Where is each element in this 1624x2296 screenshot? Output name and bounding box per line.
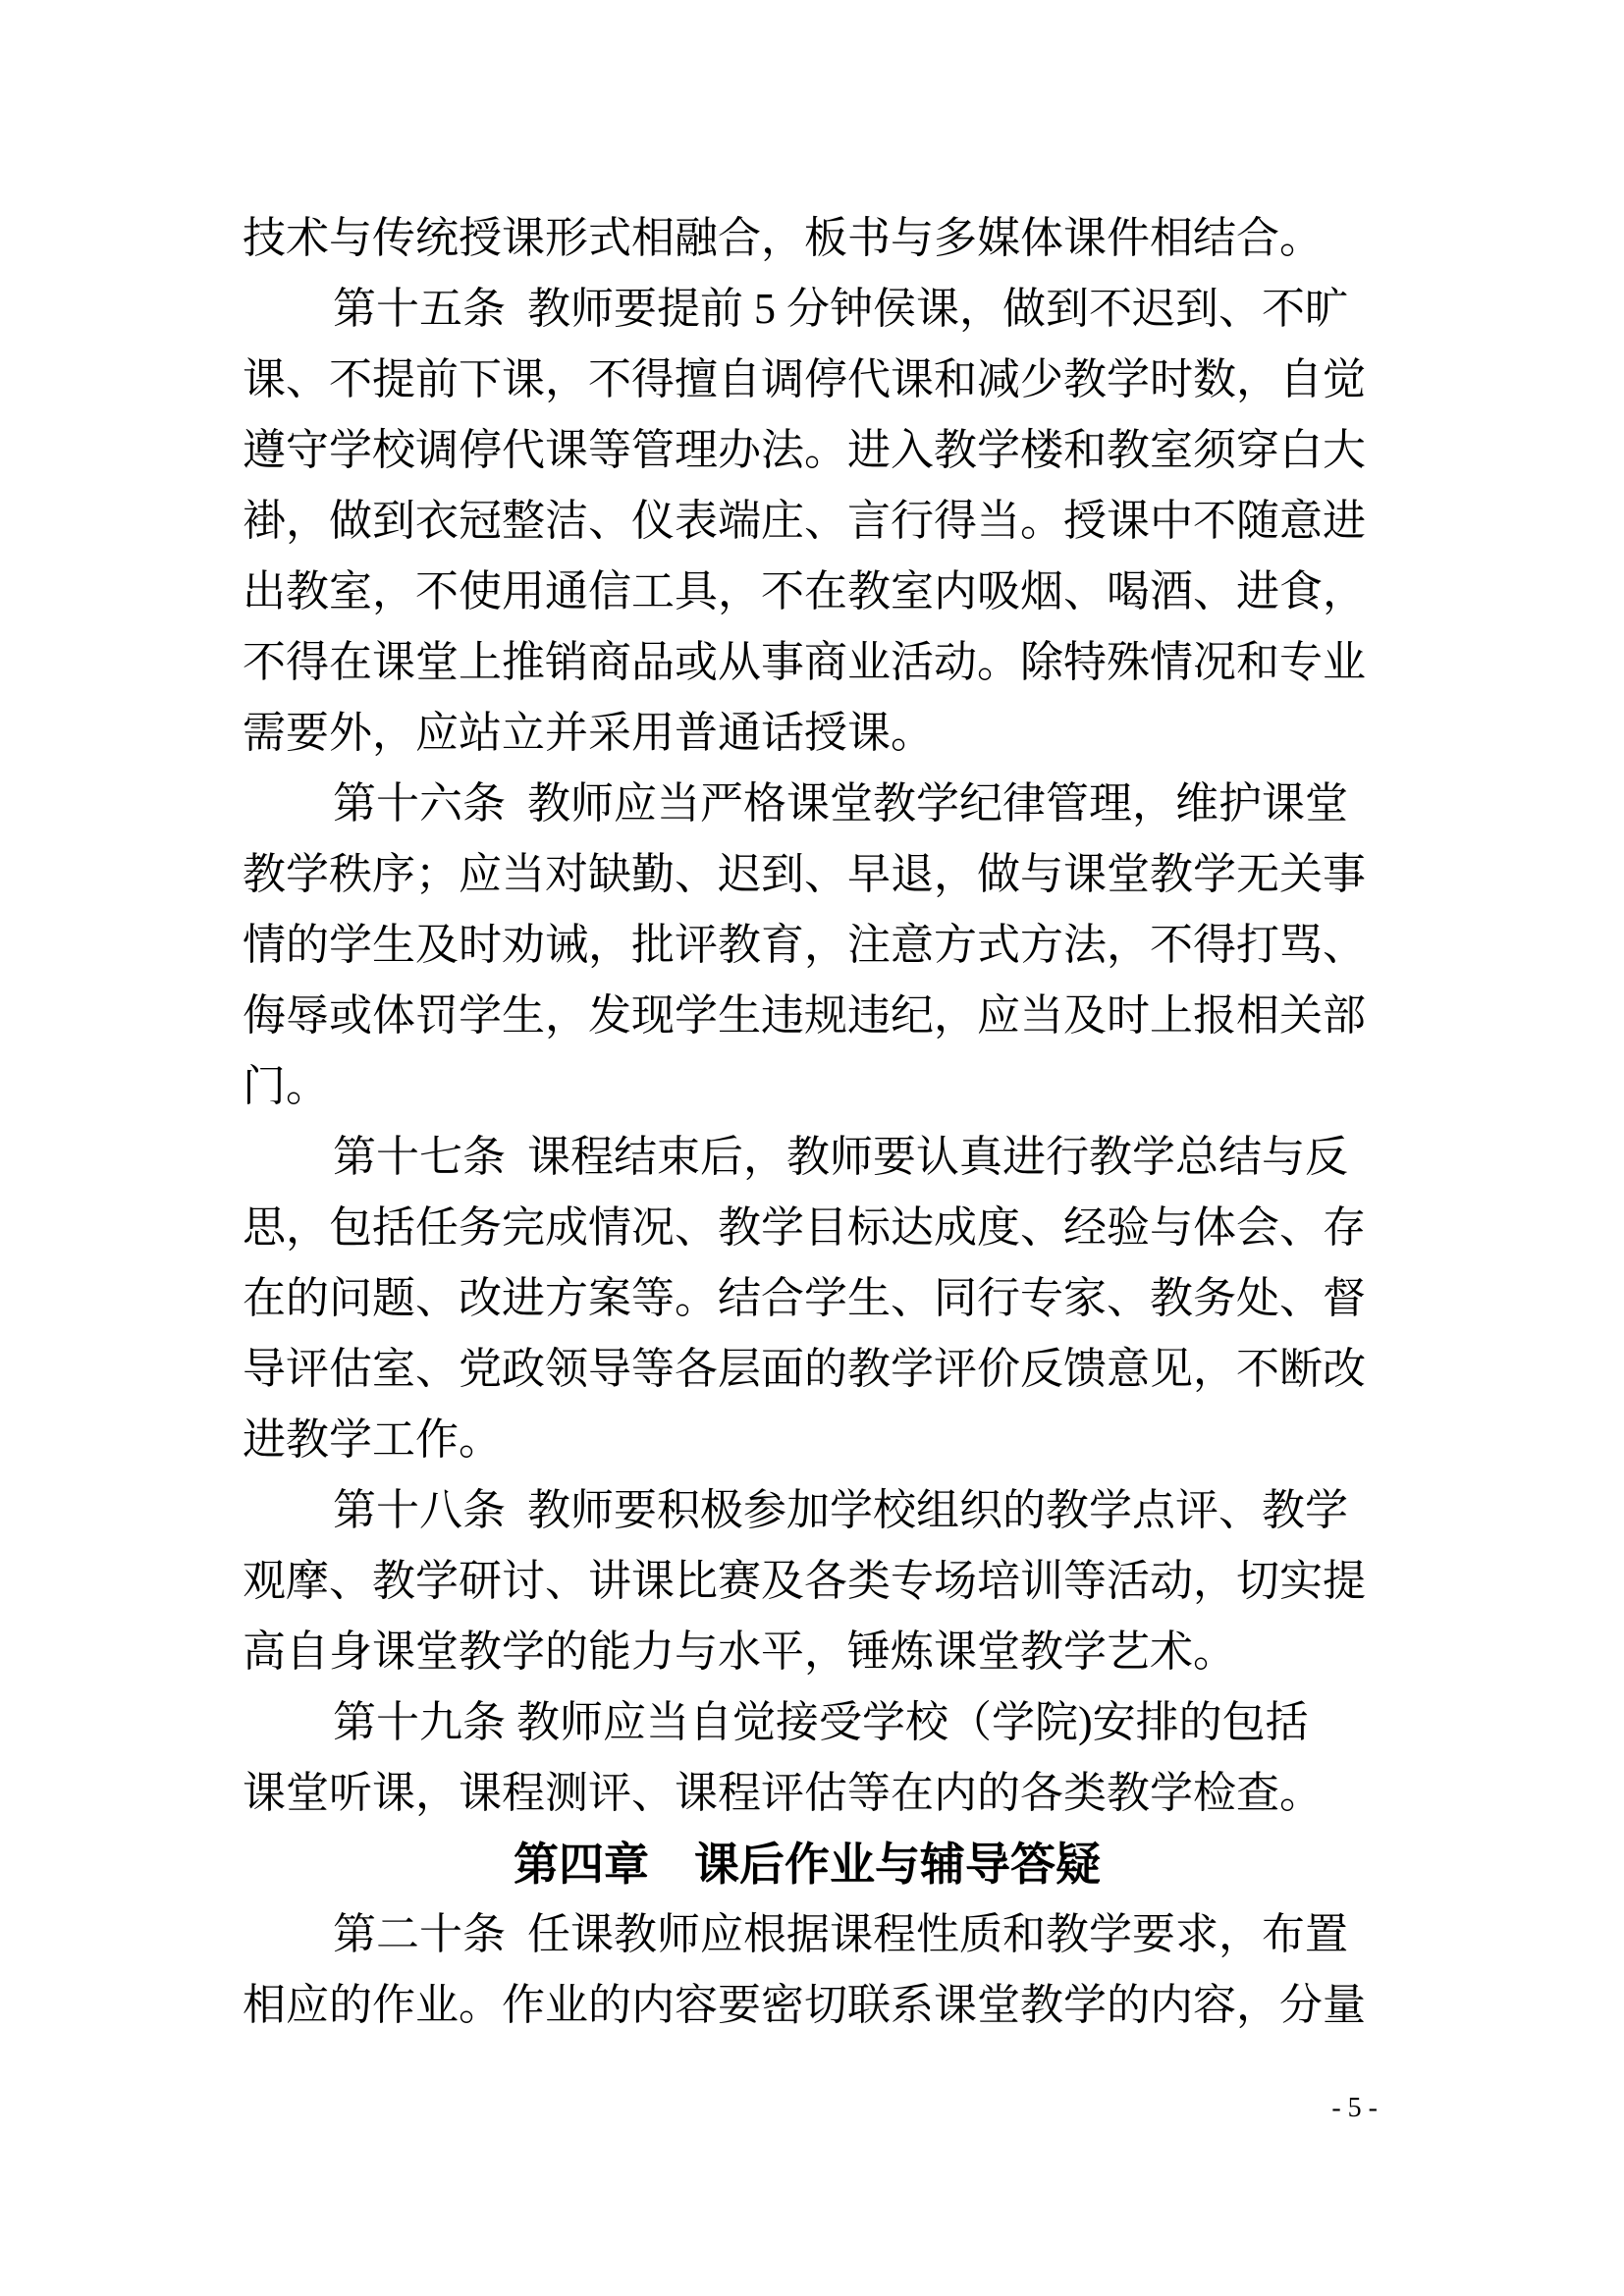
text-line: 观摩、教学研讨、讲课比赛及各类专场培训等活动，切实提 [243, 1546, 1372, 1617]
document-page: 技术与传统授课形式相融合，板书与多媒体课件相结合。第十五条 教师要提前 5 分钟… [0, 0, 1624, 2296]
text-line: 进教学工作。 [243, 1405, 1372, 1475]
text-line: 第十七条 课程结束后，教师要认真进行教学总结与反 [243, 1122, 1372, 1193]
text-line: 侮辱或体罚学生，发现学生违规违纪，应当及时上报相关部 [243, 981, 1372, 1051]
text-line: 出教室，不使用通信工具，不在教室内吸烟、喝酒、进食， [243, 557, 1372, 627]
text-line: 第二十条 任课教师应根据课程性质和教学要求，布置 [243, 1899, 1372, 1970]
page-number: - 5 - [1331, 2089, 1378, 2128]
text-line: 高自身课堂教学的能力与水平，锤炼课堂教学艺术。 [243, 1617, 1372, 1687]
text-line: 情的学生及时劝诫，批评教育，注意方式方法，不得打骂、 [243, 910, 1372, 981]
text-line: 门。 [243, 1051, 1372, 1122]
text-line: 需要外，应站立并采用普通话授课。 [243, 698, 1372, 769]
text-line: 褂，做到衣冠整洁、仪表端庄、言行得当。授课中不随意进 [243, 486, 1372, 557]
text-line: 遵守学校调停代课等管理办法。进入教学楼和教室须穿白大 [243, 415, 1372, 486]
text-line: 第十六条 教师应当严格课堂教学纪律管理，维护课堂 [243, 769, 1372, 839]
text-line: 思，包括任务完成情况、教学目标达成度、经验与体会、存 [243, 1193, 1372, 1263]
text-line: 教学秩序；应当对缺勤、迟到、早退，做与课堂教学无关事 [243, 839, 1372, 910]
section-heading: 第四章 课后作业与辅导答疑 [243, 1829, 1372, 1899]
text-line: 技术与传统授课形式相融合，板书与多媒体课件相结合。 [243, 203, 1372, 274]
text-line: 课堂听课，课程测评、课程评估等在内的各类教学检查。 [243, 1758, 1372, 1829]
text-line: 第十八条 教师要积极参加学校组织的教学点评、教学 [243, 1475, 1372, 1546]
text-line: 导评估室、党政领导等各层面的教学评价反馈意见，不断改 [243, 1334, 1372, 1405]
text-line: 不得在课堂上推销商品或从事商业活动。除特殊情况和专业 [243, 627, 1372, 698]
text-line: 课、不提前下课，不得擅自调停代课和减少教学时数，自觉 [243, 345, 1372, 415]
text-line: 在的问题、改进方案等。结合学生、同行专家、教务处、督 [243, 1263, 1372, 1334]
text-line: 第十九条 教师应当自觉接受学校（学院)安排的包括 [243, 1687, 1372, 1758]
text-line: 相应的作业。作业的内容要密切联系课堂教学的内容，分量 [243, 1970, 1372, 2041]
text-line: 第十五条 教师要提前 5 分钟侯课，做到不迟到、不旷 [243, 274, 1372, 345]
document-text: 技术与传统授课形式相融合，板书与多媒体课件相结合。第十五条 教师要提前 5 分钟… [243, 203, 1372, 2041]
